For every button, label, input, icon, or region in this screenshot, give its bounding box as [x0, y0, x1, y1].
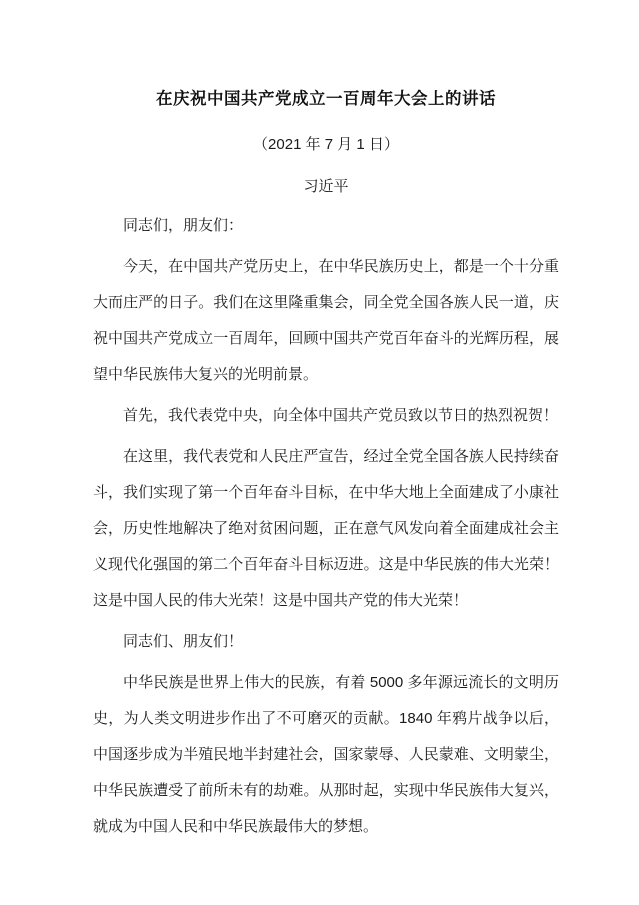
document-content: 在庆祝中国共产党成立一百周年大会上的讲话 （2021 年 7 月 1 日） 习近… [93, 90, 559, 845]
salutation-paragraph: 同志们、朋友们！ [93, 624, 559, 660]
document-title: 在庆祝中国共产党成立一百周年大会上的讲话 [93, 90, 559, 108]
salutation-paragraph: 同志们，朋友们： [93, 208, 559, 244]
document-page: 在庆祝中国共产党成立一百周年大会上的讲话 （2021 年 7 月 1 日） 习近… [0, 0, 639, 905]
document-author: 习近平 [93, 178, 559, 196]
body-paragraph: 中华民族是世界上伟大的民族，有着 5000 多年源远流长的文明历史，为人类文明进… [93, 665, 559, 845]
body-paragraph: 在这里，我代表党和人民庄严宣告，经过全党全国各族人民持续奋斗，我们实现了第一个百… [93, 439, 559, 619]
body-paragraph: 首先，我代表党中央，向全体中国共产党员致以节日的热烈祝贺！ [93, 398, 559, 434]
body-paragraph: 今天，在中国共产党历史上，在中华民族历史上，都是一个十分重大而庄严的日子。我们在… [93, 249, 559, 393]
document-date: （2021 年 7 月 1 日） [93, 136, 559, 154]
document-body: 同志们，朋友们： 今天，在中国共产党历史上，在中华民族历史上，都是一个十分重大而… [93, 208, 559, 845]
